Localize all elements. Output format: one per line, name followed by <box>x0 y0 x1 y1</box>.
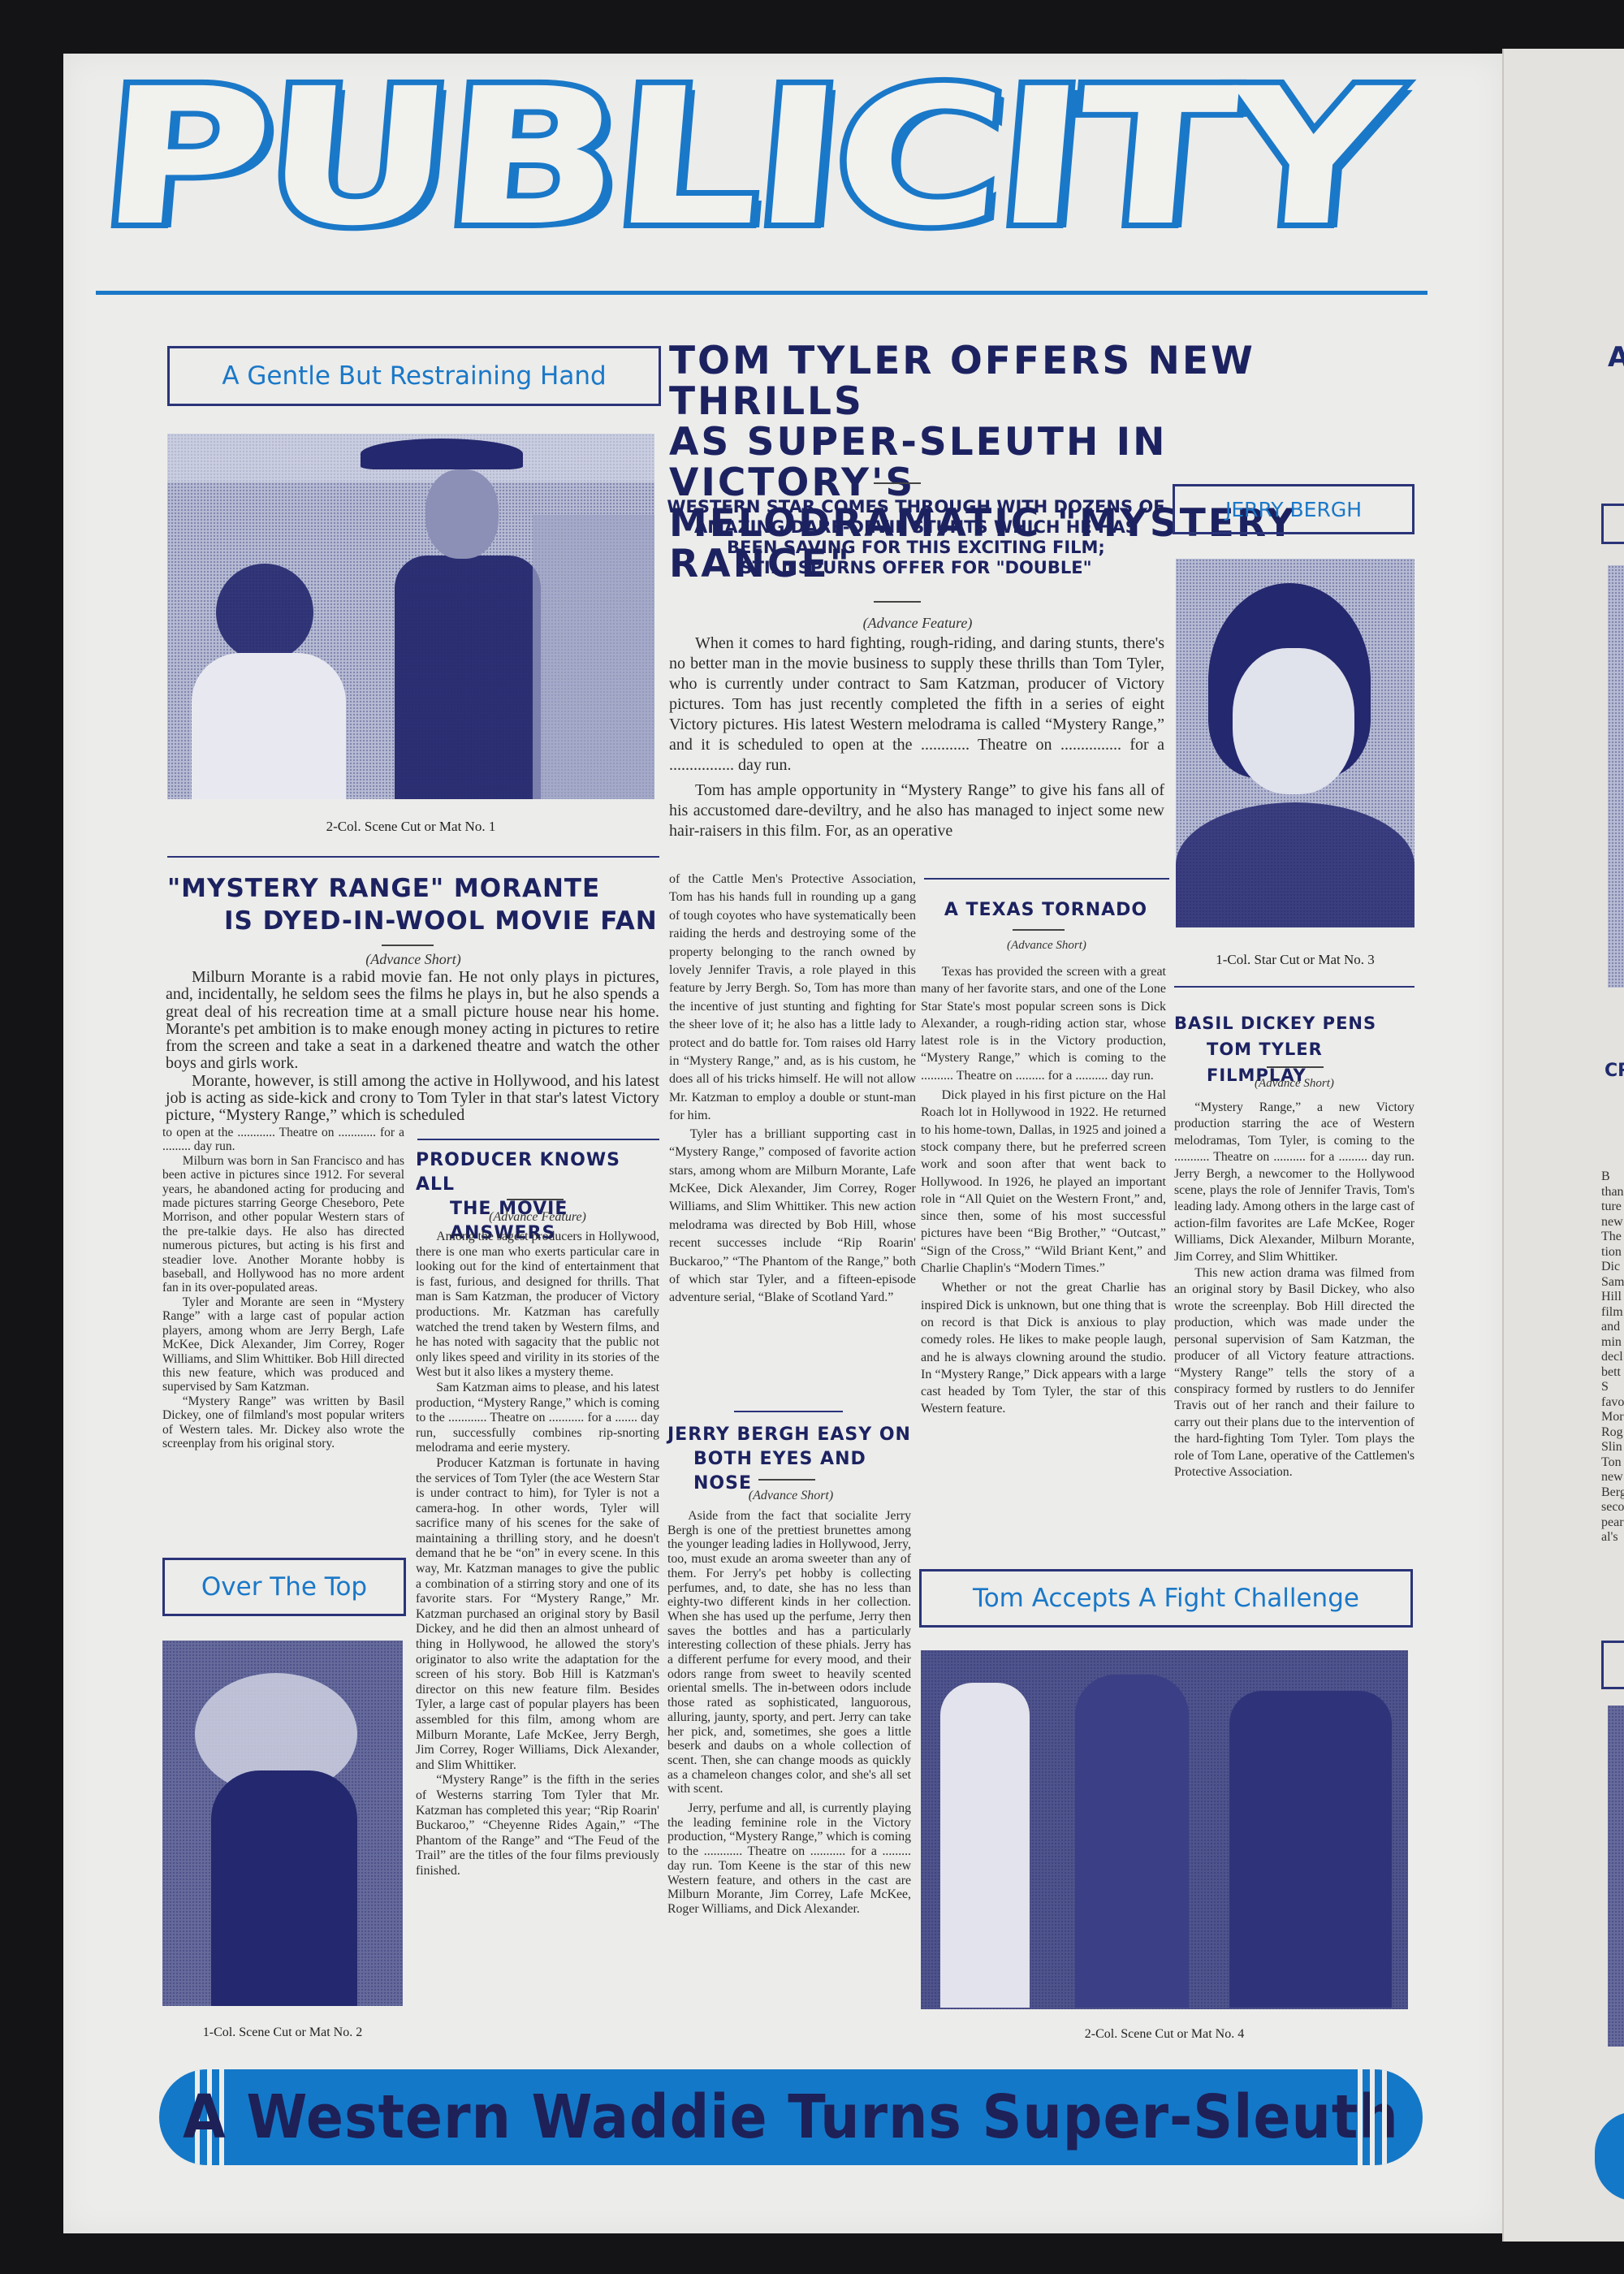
photo-scene-mat-4 <box>921 1650 1408 2009</box>
caption-mat-3: 1-Col. Star Cut or Mat No. 3 <box>1169 952 1421 968</box>
tag-advance-short: (Advance Short) <box>167 951 659 968</box>
headline-underline <box>382 945 434 946</box>
headline-jerry-bergh: JERRY BERGH EASY ON BOTH EYES AND NOSE <box>667 1423 914 1496</box>
box-head-fight-challenge-label: Tom Accepts A Fight Challenge <box>973 1584 1359 1613</box>
box-head-over-the-top-label: Over The Top <box>201 1572 367 1602</box>
headline-morante: "MYSTERY RANGE" MORANTE IS DYED-IN-WOOL … <box>167 872 659 937</box>
photo-scene-mat-2 <box>162 1641 403 2006</box>
figure-shirt-shape <box>940 1683 1030 2008</box>
main-story-continuation: of the Cattle Men's Protective Associati… <box>669 871 916 1308</box>
headline-underline <box>874 482 921 484</box>
box-head-jerry-bergh: JERRY BERGH <box>1173 484 1415 534</box>
main-story-body: When it comes to hard fighting, rough-ri… <box>669 633 1164 841</box>
box-head-over-the-top: Over The Top <box>162 1558 406 1616</box>
next-page-headline-fragment-2: CR <box>1605 1061 1624 1081</box>
main-subhead: WESTERN STAR COMES THROUGH WITH DOZENS O… <box>666 497 1166 578</box>
tag-advance-short: (Advance Short) <box>1174 1077 1415 1091</box>
basil-body: “Mystery Range,” a new Victory productio… <box>1174 1100 1415 1481</box>
next-page-text-column: BthanturenewThetionDicSamHillfilmandmind… <box>1601 1169 1624 1546</box>
bottom-banner: A Western Waddie Turns Super-Sleuth <box>159 2069 1423 2165</box>
producer-body: Among the sagest producers in Hollywood,… <box>416 1230 659 1879</box>
photo-star-mat-3 <box>1176 559 1415 927</box>
headline-underline <box>758 1479 815 1481</box>
divider-rule <box>167 856 659 858</box>
banner-text: A Western Waddie Turns Super-Sleuth <box>183 2082 1399 2152</box>
headline-texas-tornado: A TEXAS TORNADO <box>924 900 1168 920</box>
subhead-underline <box>874 601 921 603</box>
divider-rule <box>734 1411 843 1412</box>
texas-body: Texas has provided the screen with a gre… <box>921 963 1166 1418</box>
next-page-photo <box>1608 565 1624 988</box>
box-head-fight-challenge: Tom Accepts A Fight Challenge <box>919 1569 1413 1628</box>
photo-scene-mat-1 <box>167 434 654 799</box>
caption-mat-2: 1-Col. Scene Cut or Mat No. 2 <box>162 2025 403 2040</box>
headline-underline <box>1267 1066 1324 1068</box>
box-head-gentle-hand-label: A Gentle But Restraining Hand <box>222 361 606 391</box>
tag-advance-feature: (Advance Feature) <box>416 1210 659 1225</box>
divider-rule <box>1174 986 1415 988</box>
caption-mat-4: 2-Col. Scene Cut or Mat No. 4 <box>921 2027 1408 2042</box>
jerry-body: Aside from the fact that socialite Jerry… <box>667 1509 911 1917</box>
headline-underline <box>507 1199 564 1200</box>
headline-underline <box>1013 929 1065 931</box>
next-page-edge: A CR BthanturenewThetionDicSamHillfilman… <box>1502 49 1624 2242</box>
next-page-banner-edge <box>1595 2112 1624 2201</box>
banner-stripes-right <box>1358 2069 1387 2165</box>
divider-rule <box>417 1139 659 1140</box>
tag-advance-short: (Advance Short) <box>924 939 1169 953</box>
divider-rule <box>924 878 1169 880</box>
morante-body-wide: Milburn Morante is a rabid movie fan. He… <box>166 969 659 1125</box>
masthead-title: PUBLICITY <box>96 76 1396 239</box>
tag-advance-feature: (Advance Feature) <box>666 615 1169 632</box>
cowboy-hat-shape <box>361 439 523 469</box>
next-page-box-head-2 <box>1601 1641 1624 1689</box>
next-page-box-head <box>1601 504 1624 544</box>
caption-mat-1: 2-Col. Scene Cut or Mat No. 1 <box>167 819 654 835</box>
box-head-gentle-hand: A Gentle But Restraining Hand <box>167 346 661 406</box>
masthead-rule <box>96 291 1427 295</box>
publicity-masthead: PUBLICITY <box>96 68 1427 239</box>
box-head-jerry-bergh-label: JERRY BERGH <box>1225 498 1362 521</box>
tag-advance-short: (Advance Short) <box>667 1489 914 1503</box>
next-page-headline-fragment: A <box>1608 341 1624 374</box>
next-page-photo-2 <box>1608 1705 1624 2047</box>
morante-body-column: to open at the ............ Theatre on .… <box>162 1126 404 1450</box>
